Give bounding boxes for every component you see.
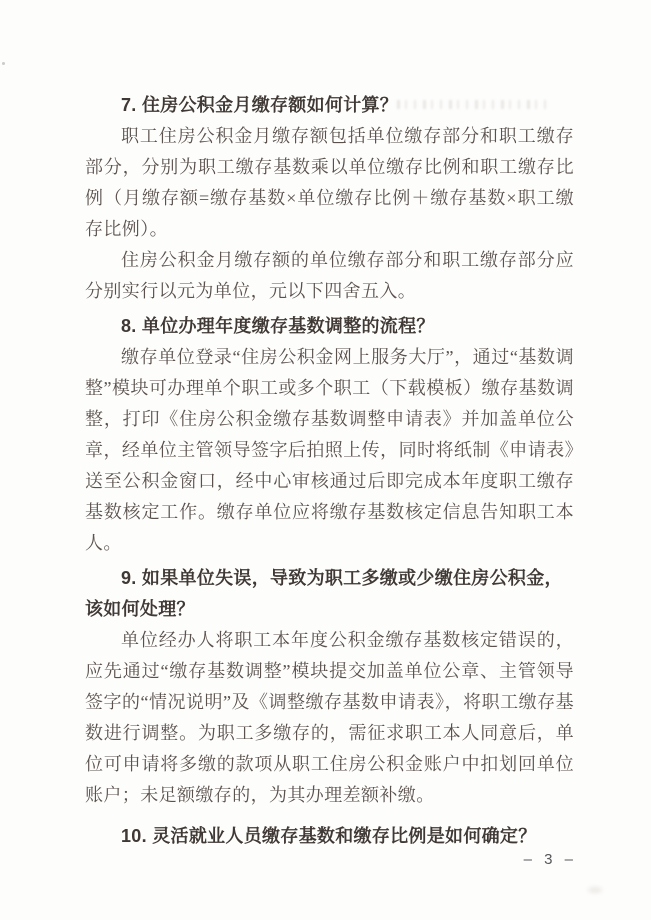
question-7-heading: 7. 住房公积金月缴存额如何计算？: [85, 90, 574, 121]
answer-8-paragraph-1: 缴存单位登录“住房公积金网上服务大厅”，通过“基数调整”模块可办理单个职工或多个…: [85, 342, 574, 559]
answer-7-paragraph-1: 职工住房公积金月缴存额包括单位缴存部分和职工缴存部分，分别为职工缴存基数乘以单位…: [85, 121, 574, 245]
question-10-heading: 10. 灵活就业人员缴存基数和缴存比例是如何确定？: [85, 821, 574, 852]
scanned-document-page: 7. 住房公积金月缴存额如何计算？ 职工住房公积金月缴存额包括单位缴存部分和职工…: [0, 0, 651, 920]
scan-smudge: [588, 887, 602, 893]
scan-speck: [2, 62, 5, 65]
question-9-heading: 9. 如果单位失误，导致为职工多缴或少缴住房公积金，该如何处理？: [85, 563, 574, 625]
document-body: 7. 住房公积金月缴存额如何计算？ 职工住房公积金月缴存额包括单位缴存部分和职工…: [85, 90, 574, 852]
question-8-heading: 8. 单位办理年度缴存基数调整的流程？: [85, 311, 574, 342]
answer-7-paragraph-2: 住房公积金月缴存额的单位缴存部分和职工缴存部分应分别实行以元为单位，元以下四舍五…: [85, 245, 574, 307]
answer-9-paragraph-1: 单位经办人将职工本年度公积金缴存基数核定错误的，应先通过“缴存基数调整”模块提交…: [85, 625, 574, 811]
page-number: – 3 –: [524, 851, 577, 868]
